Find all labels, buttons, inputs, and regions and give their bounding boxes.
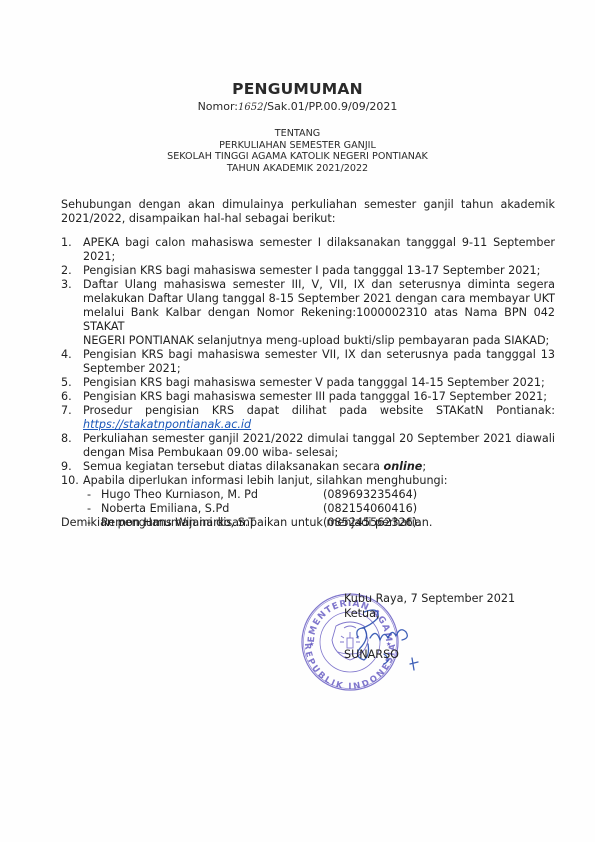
item-number: 4. (61, 348, 72, 362)
item-text: Prosedur pengisian KRS dapat dilihat pad… (83, 404, 555, 418)
item-text: NEGERI PONTIANAK selanjutnya meng-upload… (83, 334, 549, 347)
item-number: 5. (61, 376, 72, 390)
item-number: 8. (61, 432, 72, 446)
list-item: 5. Pengisian KRS bagi mahasiswa semester… (61, 376, 555, 390)
intro-paragraph: Sehubungan dengan akan dimulainya perkul… (61, 198, 555, 226)
item-text: Daftar Ulang mahasiswa semester III, V, … (83, 278, 555, 292)
item-number: 3. (61, 278, 72, 292)
contact-phone: (082154060416) (323, 502, 417, 516)
subject-line: SEKOLAH TINGGI AGAMA KATOLIK NEGERI PONT… (0, 151, 595, 163)
list-item: 3. Daftar Ulang mahasiswa semester III, … (61, 278, 555, 348)
item-number: 6. (61, 390, 72, 404)
item-text: melalui Bank Kalbar dengan Nomor Rekenin… (83, 306, 555, 334)
item-text: Perkuliahan semester ganjil 2021/2022 di… (83, 432, 555, 446)
contact-name: Noberta Emiliana, S.Pd (101, 502, 323, 516)
website-link[interactable]: https://stakatnpontianak.ac.id (83, 418, 251, 431)
nomor-label: Nomor: (198, 100, 238, 113)
nomor-handwritten: 1652 (238, 102, 263, 113)
signatory-name: SUNARSO (344, 648, 399, 662)
list-item: 1. APEKA bagi calon mahasiswa semester I… (61, 236, 555, 264)
item-text: Semua kegiatan tersebut diatas dilaksana… (83, 460, 384, 473)
nomor-suffix: /Sak.01/PP.00.9/09/2021 (263, 100, 397, 113)
document-title: PENGUMUMAN (0, 80, 595, 98)
contact-item: - Hugo Theo Kurniason, M. Pd (0896932354… (83, 488, 555, 502)
closing-paragraph: Demikian pengumuman ini disampaikan untu… (61, 516, 555, 530)
item-emphasis: online (384, 460, 423, 473)
item-number: 9. (61, 460, 72, 474)
svg-text:★: ★ (309, 641, 314, 648)
item-number: 10. (61, 474, 83, 488)
list-item: 6. Pengisian KRS bagi mahasiswa semester… (61, 390, 555, 404)
intro-line: 2021/2022, disampaikan hal-hal sebagai b… (61, 212, 336, 225)
contact-name: Hugo Theo Kurniason, M. Pd (101, 488, 323, 502)
subject-line: TAHUN AKADEMIK 2021/2022 (0, 163, 595, 175)
item-number: 1. (61, 236, 72, 250)
intro-line: Sehubungan dengan akan dimulainya perkul… (61, 198, 555, 212)
item-text: ; (422, 460, 426, 473)
document-number: Nomor:1652/Sak.01/PP.00.9/09/2021 (0, 100, 595, 113)
item-text: September 2021; (83, 362, 181, 375)
item-text: dengan Misa Pembukaan 09.00 wiba- selesa… (83, 446, 338, 459)
document-page: PENGUMUMAN Nomor:1652/Sak.01/PP.00.9/09/… (0, 0, 595, 842)
list-item: 2. Pengisian KRS bagi mahasiswa semester… (61, 264, 555, 278)
list-item: 8. Perkuliahan semester ganjil 2021/2022… (61, 432, 555, 460)
item-text: Pengisian KRS bagi mahasiswa semester II… (83, 390, 547, 403)
contact-item: - Noberta Emiliana, S.Pd (082154060416) (83, 502, 555, 516)
contact-phone: (089693235464) (323, 488, 417, 502)
place-date: Kubu Raya, 7 September 2021 (344, 592, 515, 606)
item-text: Pengisian KRS bagi mahasiswa semester I … (83, 264, 540, 277)
list-item: 4. Pengisian KRS bagi mahasiswa semester… (61, 348, 555, 376)
subject-line: PERKULIAHAN SEMESTER GANJIL (0, 140, 595, 152)
subject-block: TENTANG PERKULIAHAN SEMESTER GANJIL SEKO… (0, 128, 595, 174)
item-text: Apabila diperlukan informasi lebih lanju… (83, 474, 448, 487)
item-text: Pengisian KRS bagi mahasiswa semester V … (83, 376, 545, 389)
item-number: 7. (61, 404, 72, 418)
list-item: 7. Prosedur pengisian KRS dapat dilihat … (61, 404, 555, 432)
item-text: APEKA bagi calon mahasiswa semester I di… (83, 236, 555, 263)
item-text: Pengisian KRS bagi mahasiswa semester VI… (83, 348, 555, 362)
subject-line: TENTANG (0, 128, 595, 140)
bullet-dash: - (83, 502, 101, 516)
announcement-list: 1. APEKA bagi calon mahasiswa semester I… (61, 236, 555, 530)
signatory-role: Ketua, (344, 607, 380, 621)
bullet-dash: - (83, 488, 101, 502)
list-item: 9. Semua kegiatan tersebut diatas dilaks… (61, 460, 555, 474)
item-number: 2. (61, 264, 72, 278)
item-text: melakukan Daftar Ulang tanggal 8-15 Sept… (83, 292, 555, 306)
